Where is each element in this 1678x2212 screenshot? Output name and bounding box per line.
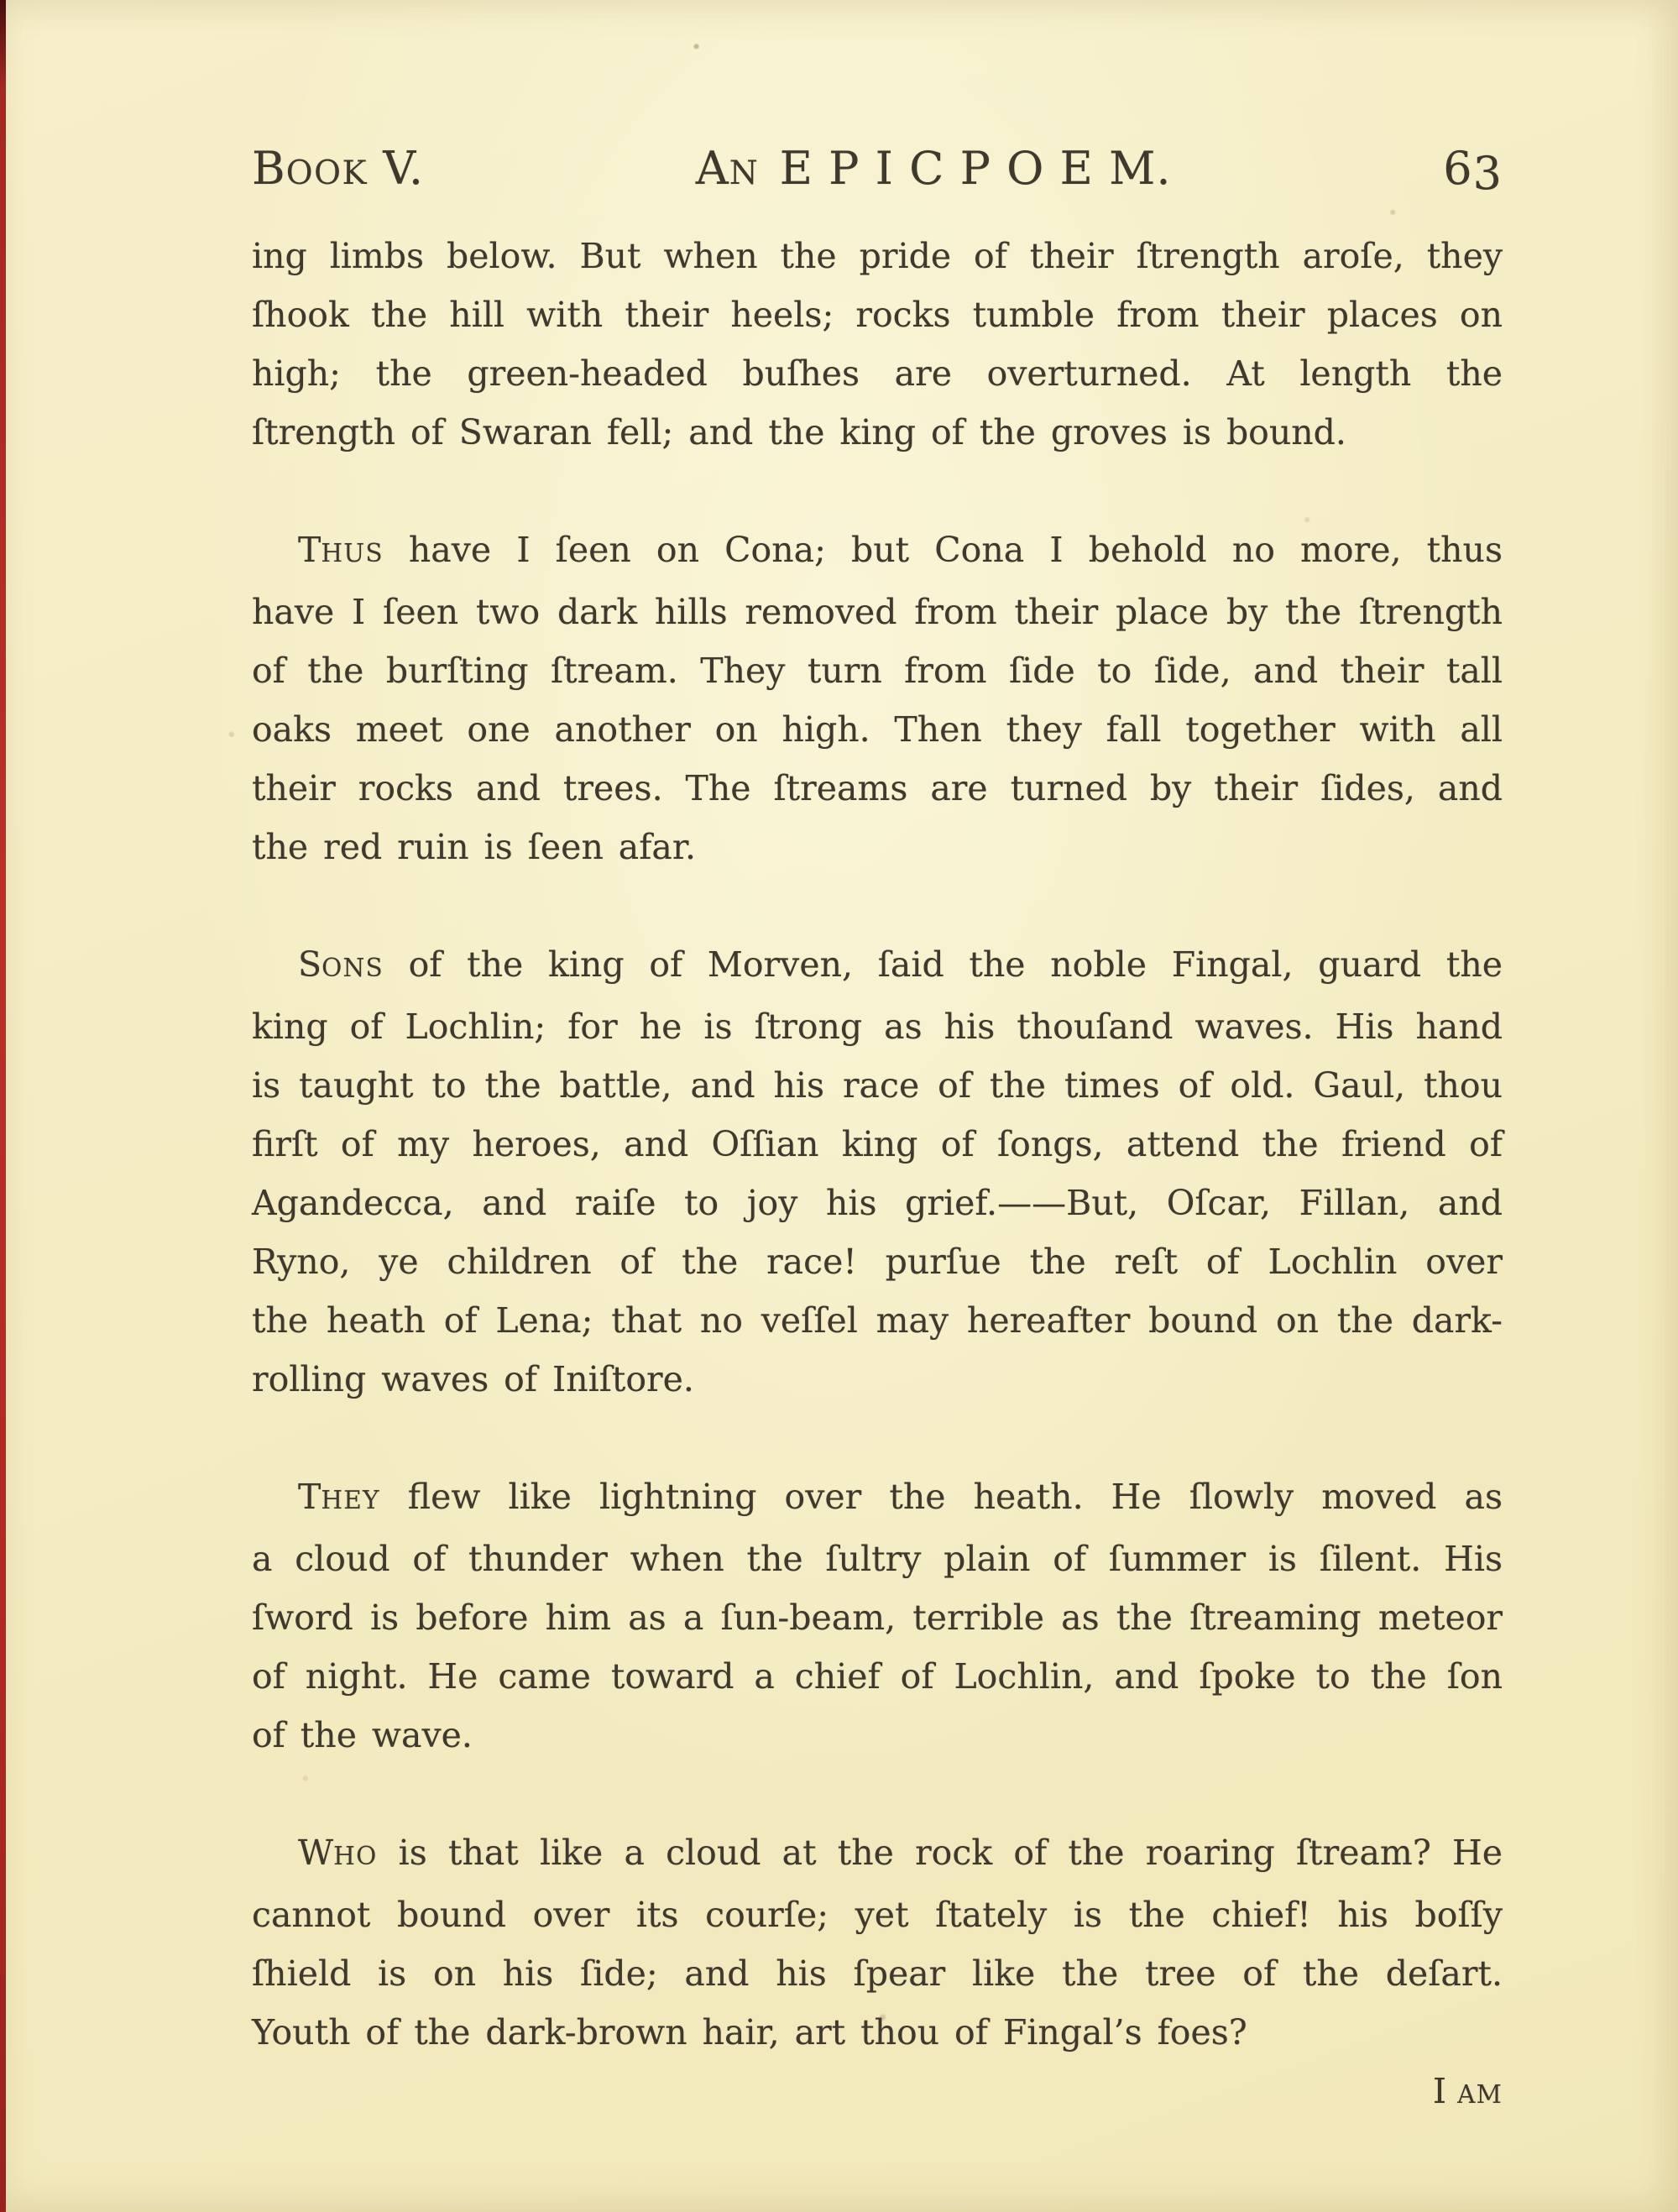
small-caps-text: ONS [321, 954, 384, 982]
text-line: ſtrength of Swaran fell; and the king of… [252, 403, 1503, 462]
paragraph: THUS have I ſeen on Cona; but Cona I beh… [252, 520, 1503, 876]
small-caps-text: OOK [286, 154, 368, 192]
text-segment: firſt of my heroes, and Oſſian king of ſ… [252, 1124, 1503, 1164]
text-line: Youth of the dark-brown hair, art thou o… [252, 2003, 1503, 2062]
text-segment: of the king of Morven, ſaid the noble Fi… [384, 944, 1503, 985]
text-segment: A [696, 142, 729, 195]
page-title: ANE P I C P O E M. [696, 143, 1172, 200]
text-segment: the heath of Lena; that no veſſel may he… [252, 1300, 1503, 1341]
text-line: Ryno, ye children of the race! purſue th… [252, 1232, 1503, 1291]
text-line: ſhook the hill with their heels; rocks t… [252, 285, 1503, 344]
paragraph: ing limbs below. But when the pride of t… [252, 227, 1503, 462]
text-segment: their rocks and trees. The ſtreams are t… [252, 768, 1503, 808]
text-segment: I [1433, 2071, 1457, 2111]
small-caps-text: HEY [321, 1486, 379, 1514]
text-segment: king of Lochlin; for he is ſtrong as his… [252, 1007, 1503, 1047]
text-segment: ſhield is on his ſide; and his ſpear lik… [252, 1953, 1503, 1994]
text-segment: have I ſeen on Cona; but Cona I behold n… [384, 530, 1503, 570]
text-line: WHO is that like a cloud at the rock of … [252, 1823, 1503, 1885]
text-segment: ing limbs below. But when the pride of t… [252, 236, 1503, 276]
text-line: of night. He came toward a chief of Loch… [252, 1647, 1503, 1706]
text-line: Agandecca, and raiſe to joy his grief.——… [252, 1174, 1503, 1232]
page-header: BOOK V. ANE P I C P O E M. 63 [252, 143, 1503, 200]
text-line: their rocks and trees. The ſtreams are t… [252, 759, 1503, 818]
small-caps-text: N [729, 154, 760, 192]
text-segment: W [298, 1833, 333, 1873]
paragraph: THEY flew like lightning over the heath.… [252, 1467, 1503, 1765]
text-line: SONS of the king of Morven, ſaid the nob… [252, 935, 1503, 997]
text-segment: ſhook the hill with their heels; rocks t… [252, 295, 1503, 335]
text-line: ſhield is on his ſide; and his ſpear lik… [252, 1944, 1503, 2003]
text-segment: cannot bound over its courſe; yet ſtatel… [252, 1895, 1503, 1935]
small-caps-text: HUS [321, 539, 383, 567]
paragraph: WHO is that like a cloud at the rock of … [252, 1823, 1503, 2062]
text-block: BOOK V. ANE P I C P O E M. 63 ing limbs … [252, 143, 1503, 2124]
text-segment: S [298, 944, 321, 985]
text-segment: flew like lightning over the heath. He ſ… [380, 1477, 1503, 1517]
text-line: rolling waves of Iniſtore. [252, 1350, 1503, 1409]
text-segment: 6 [1443, 142, 1472, 195]
text-segment: of the burſting ſtream. They turn from ſ… [252, 651, 1503, 691]
text-line: oaks meet one another on high. Then they… [252, 700, 1503, 759]
text-line: firſt of my heroes, and Oſſian king of ſ… [252, 1115, 1503, 1174]
text-line: have I ſeen two dark hills removed from … [252, 583, 1503, 641]
text-line: ſword is before him as a ſun-beam, terri… [252, 1588, 1503, 1647]
small-caps-text: HO [333, 1842, 377, 1870]
text-segment: high; the green-headed buſhes are overtu… [252, 353, 1503, 394]
book-label: BOOK V. [252, 143, 424, 200]
text-line: ing limbs below. But when the pride of t… [252, 227, 1503, 285]
text-line: high; the green-headed buſhes are overtu… [252, 344, 1503, 403]
text-line: king of Lochlin; for he is ſtrong as his… [252, 997, 1503, 1056]
text-segment: a cloud of thunder when the ſultry plain… [252, 1539, 1503, 1579]
text-segment: Youth of the dark-brown hair, art thou o… [252, 2012, 1247, 2053]
text-segment: of the wave. [252, 1715, 473, 1755]
text-segment: oaks meet one another on high. Then they… [252, 709, 1503, 750]
text-segment: is that like a cloud at the rock of the … [377, 1833, 1503, 1873]
text-segment: the red ruin is ſeen afar. [252, 827, 696, 867]
text-segment: ſtrength of Swaran fell; and the king of… [252, 412, 1346, 452]
text-segment: 3 [1473, 147, 1503, 200]
text-line: THUS have I ſeen on Cona; but Cona I beh… [252, 520, 1503, 583]
text-segment: of night. He came toward a chief of Loch… [252, 1656, 1503, 1697]
catchword: I AM [252, 2062, 1503, 2124]
text-segment: Ryno, ye children of the race! purſue th… [252, 1242, 1503, 1282]
text-segment: have I ſeen two dark hills removed from … [252, 592, 1503, 632]
text-segment: V. [368, 142, 424, 195]
paragraph: SONS of the king of Morven, ſaid the nob… [252, 935, 1503, 1409]
text-segment: T [298, 530, 321, 570]
text-segment: Agandecca, and raiſe to joy his grief.——… [252, 1183, 1503, 1223]
text-segment: T [298, 1477, 321, 1517]
body-text: ing limbs below. But when the pride of t… [252, 227, 1503, 2062]
text-line: of the wave. [252, 1706, 1503, 1765]
text-segment: ſword is before him as a ſun-beam, terri… [252, 1598, 1503, 1638]
text-segment: E P I C P O E M. [780, 142, 1172, 195]
text-segment: rolling waves of Iniſtore. [252, 1359, 694, 1399]
page-number: 63 [1443, 143, 1503, 195]
text-line: the red ruin is ſeen afar. [252, 818, 1503, 876]
small-caps-text: AM [1457, 2080, 1503, 2109]
text-line: a cloud of thunder when the ſultry plain… [252, 1530, 1503, 1588]
text-line: THEY flew like lightning over the heath.… [252, 1467, 1503, 1530]
scanned-book-page: { "page": { "paper_color": "#f4edc5", "i… [0, 0, 1678, 2212]
binding-edge [0, 0, 6, 2212]
text-segment: is taught to the battle, and his race of… [252, 1065, 1503, 1106]
text-line: is taught to the battle, and his race of… [252, 1056, 1503, 1115]
text-line: of the burſting ſtream. They turn from ſ… [252, 641, 1503, 700]
text-line: the heath of Lena; that no veſſel may he… [252, 1291, 1503, 1350]
text-segment: B [252, 142, 286, 195]
text-line: cannot bound over its courſe; yet ſtatel… [252, 1885, 1503, 1944]
